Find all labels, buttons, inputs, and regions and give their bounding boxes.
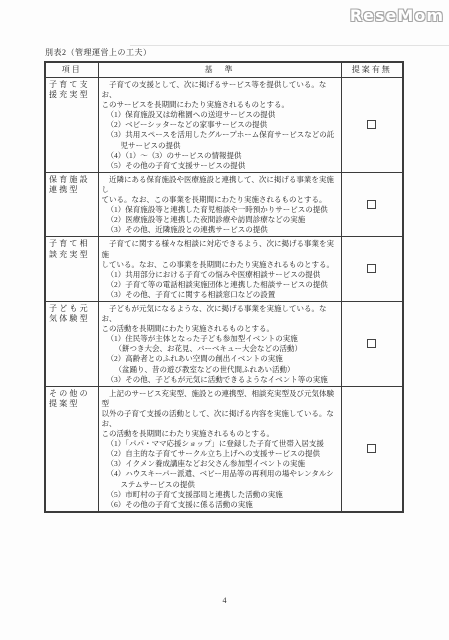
checkbox-icon bbox=[367, 120, 376, 129]
criteria-item: （1）保育施設等と連携した育児相談や一時預かりサービスの提供 bbox=[102, 205, 339, 215]
standard-cell: 子どもが元気になるような、次に掲げる事業を実施している。なお、 この活動を長期間… bbox=[98, 301, 341, 386]
header-proposal: 提案有無 bbox=[341, 62, 403, 78]
standard-cell: 子育てに関する様々な相談に対応できるよう、次に掲げる事業を実施 している。なお、… bbox=[98, 237, 341, 302]
criteria-item: （5）市町村の子育て支援部局と連携した活動の実施 bbox=[102, 490, 339, 500]
document-title: 別表2（管理運営上の工夫） bbox=[45, 47, 152, 58]
criteria-item: （4）（1）～（3）のサービスの情報提供 bbox=[102, 151, 339, 161]
criteria-item: （1）住民等が主体となった子ども参加型イベントの実施 bbox=[102, 334, 339, 344]
checkbox-icon bbox=[367, 444, 376, 453]
header-item: 項目 bbox=[45, 62, 98, 78]
criteria-item-note: （餅つき大会、お花見、バーベキュー大会などの活動） bbox=[102, 344, 339, 354]
row-intro: 近隣にある保育施設や医療施設と連携して、次に掲げる事業を実施し ている。なお、こ… bbox=[102, 175, 339, 205]
category-cell: 子ども元 気体験型 bbox=[45, 301, 98, 386]
proposal-cell bbox=[341, 172, 403, 237]
criteria-item: （3）共用スペースを活用したグループホーム保育サービスなどの託 児サービスの提供 bbox=[102, 130, 339, 150]
criteria-item: （2）ベビーシッターなどの家事サービスの提供 bbox=[102, 120, 339, 130]
proposal-cell bbox=[341, 237, 403, 302]
criteria-item: （5）その他の子育て支援サービスの提供 bbox=[102, 161, 339, 171]
table-row: 保育施設 連携型 近隣にある保育施設や医療施設と連携して、次に掲げる事業を実施し… bbox=[45, 172, 403, 237]
row-intro: 子育てに関する様々な相談に対応できるよう、次に掲げる事業を実施 している。なお、… bbox=[102, 239, 339, 269]
table-header-row: 項目 基 準 提案有無 bbox=[45, 62, 403, 78]
checkbox-icon bbox=[367, 200, 376, 209]
table-row: 子育て相 談充実型 子育てに関する様々な相談に対応できるよう、次に掲げる事業を実… bbox=[45, 237, 403, 302]
table-row: 子育て支 援充実型 子育ての支援として、次に掲げるサービス等を提供している。なお… bbox=[45, 78, 403, 173]
standard-cell: 上記のサービス充実型、施設との連携型、相談充実型及び元気体験型 以外の子育て支援… bbox=[98, 386, 341, 512]
criteria-item: （2）子育て等の電話相談実施団体と連携した相談サービスの提供 bbox=[102, 280, 339, 290]
checkbox-icon bbox=[367, 264, 376, 273]
standard-cell: 近隣にある保育施設や医療施設と連携して、次に掲げる事業を実施し ている。なお、こ… bbox=[98, 172, 341, 237]
criteria-item: （3）イクメン養成講座などお父さん参加型イベントの実施 bbox=[102, 459, 339, 469]
proposal-cell bbox=[341, 386, 403, 512]
criteria-table: 項目 基 準 提案有無 子育て支 援充実型 子育ての支援として、次に掲げるサービ… bbox=[44, 61, 404, 513]
category-cell: 子育て相 談充実型 bbox=[45, 237, 98, 302]
criteria-item: （6）その他の子育て支援に係る活動の実施 bbox=[102, 500, 339, 510]
criteria-item: （3）その他、子育てに関する相談窓口などの設置 bbox=[102, 290, 339, 300]
category-cell: 保育施設 連携型 bbox=[45, 172, 98, 237]
row-intro: 上記のサービス充実型、施設との連携型、相談充実型及び元気体験型 以外の子育て支援… bbox=[102, 389, 339, 439]
criteria-item: （2）高齢者とのふれあい空間の創出イベントの実施 bbox=[102, 354, 339, 364]
header-standard: 基 準 bbox=[98, 62, 341, 78]
proposal-cell bbox=[341, 301, 403, 386]
criteria-item: （2）医療施設等と連携した夜間診療や訪問診療などの実施 bbox=[102, 215, 339, 225]
proposal-cell bbox=[341, 78, 403, 173]
category-cell: 子育て支 援充実型 bbox=[45, 78, 98, 173]
checkbox-icon bbox=[367, 339, 376, 348]
resemom-logo: ReseMom bbox=[350, 6, 444, 25]
page-number: 4 bbox=[0, 596, 449, 605]
criteria-item: （3）その他、子どもが元気に活動できるようなイベント等の実施 bbox=[102, 375, 339, 385]
criteria-item: （3）その他、近隣施設との連携サービスの提供 bbox=[102, 225, 339, 235]
standard-cell: 子育ての支援として、次に掲げるサービス等を提供している。なお、 このサービスを長… bbox=[98, 78, 341, 173]
criteria-item: （1）保育施設又は幼稚園への送迎サービスの提供 bbox=[102, 110, 339, 120]
table-row: その他の 提案型 上記のサービス充実型、施設との連携型、相談充実型及び元気体験型… bbox=[45, 386, 403, 512]
table-row: 子ども元 気体験型 子どもが元気になるような、次に掲げる事業を実施している。なお… bbox=[45, 301, 403, 386]
criteria-item: （4）ハウスキーパー派遣、ベビー用品等の再利用の場やレンタルシ ステムサービスの… bbox=[102, 469, 339, 489]
scan-artifact-line bbox=[130, 45, 449, 46]
criteria-item-note: （盆踊り、昔の遊び教室などの世代間ふれあい活動） bbox=[102, 365, 339, 375]
category-cell: その他の 提案型 bbox=[45, 386, 98, 512]
row-intro: 子どもが元気になるような、次に掲げる事業を実施している。なお、 この活動を長期間… bbox=[102, 304, 339, 334]
document-page: ReseMom 別表2（管理運営上の工夫） 項目 基 準 提案有無 子育て支 援… bbox=[0, 0, 449, 640]
criteria-item: （2）自主的な子育てサークル立ち上げへの支援サービスの提供 bbox=[102, 449, 339, 459]
criteria-item: （1）共用部分における子育ての悩みや医療相談サービスの提供 bbox=[102, 270, 339, 280]
criteria-item: （1）「パパ・ママ応援ショップ」に登録した子育て世帯入居支援 bbox=[102, 439, 339, 449]
row-intro: 子育ての支援として、次に掲げるサービス等を提供している。なお、 このサービスを長… bbox=[102, 80, 339, 110]
